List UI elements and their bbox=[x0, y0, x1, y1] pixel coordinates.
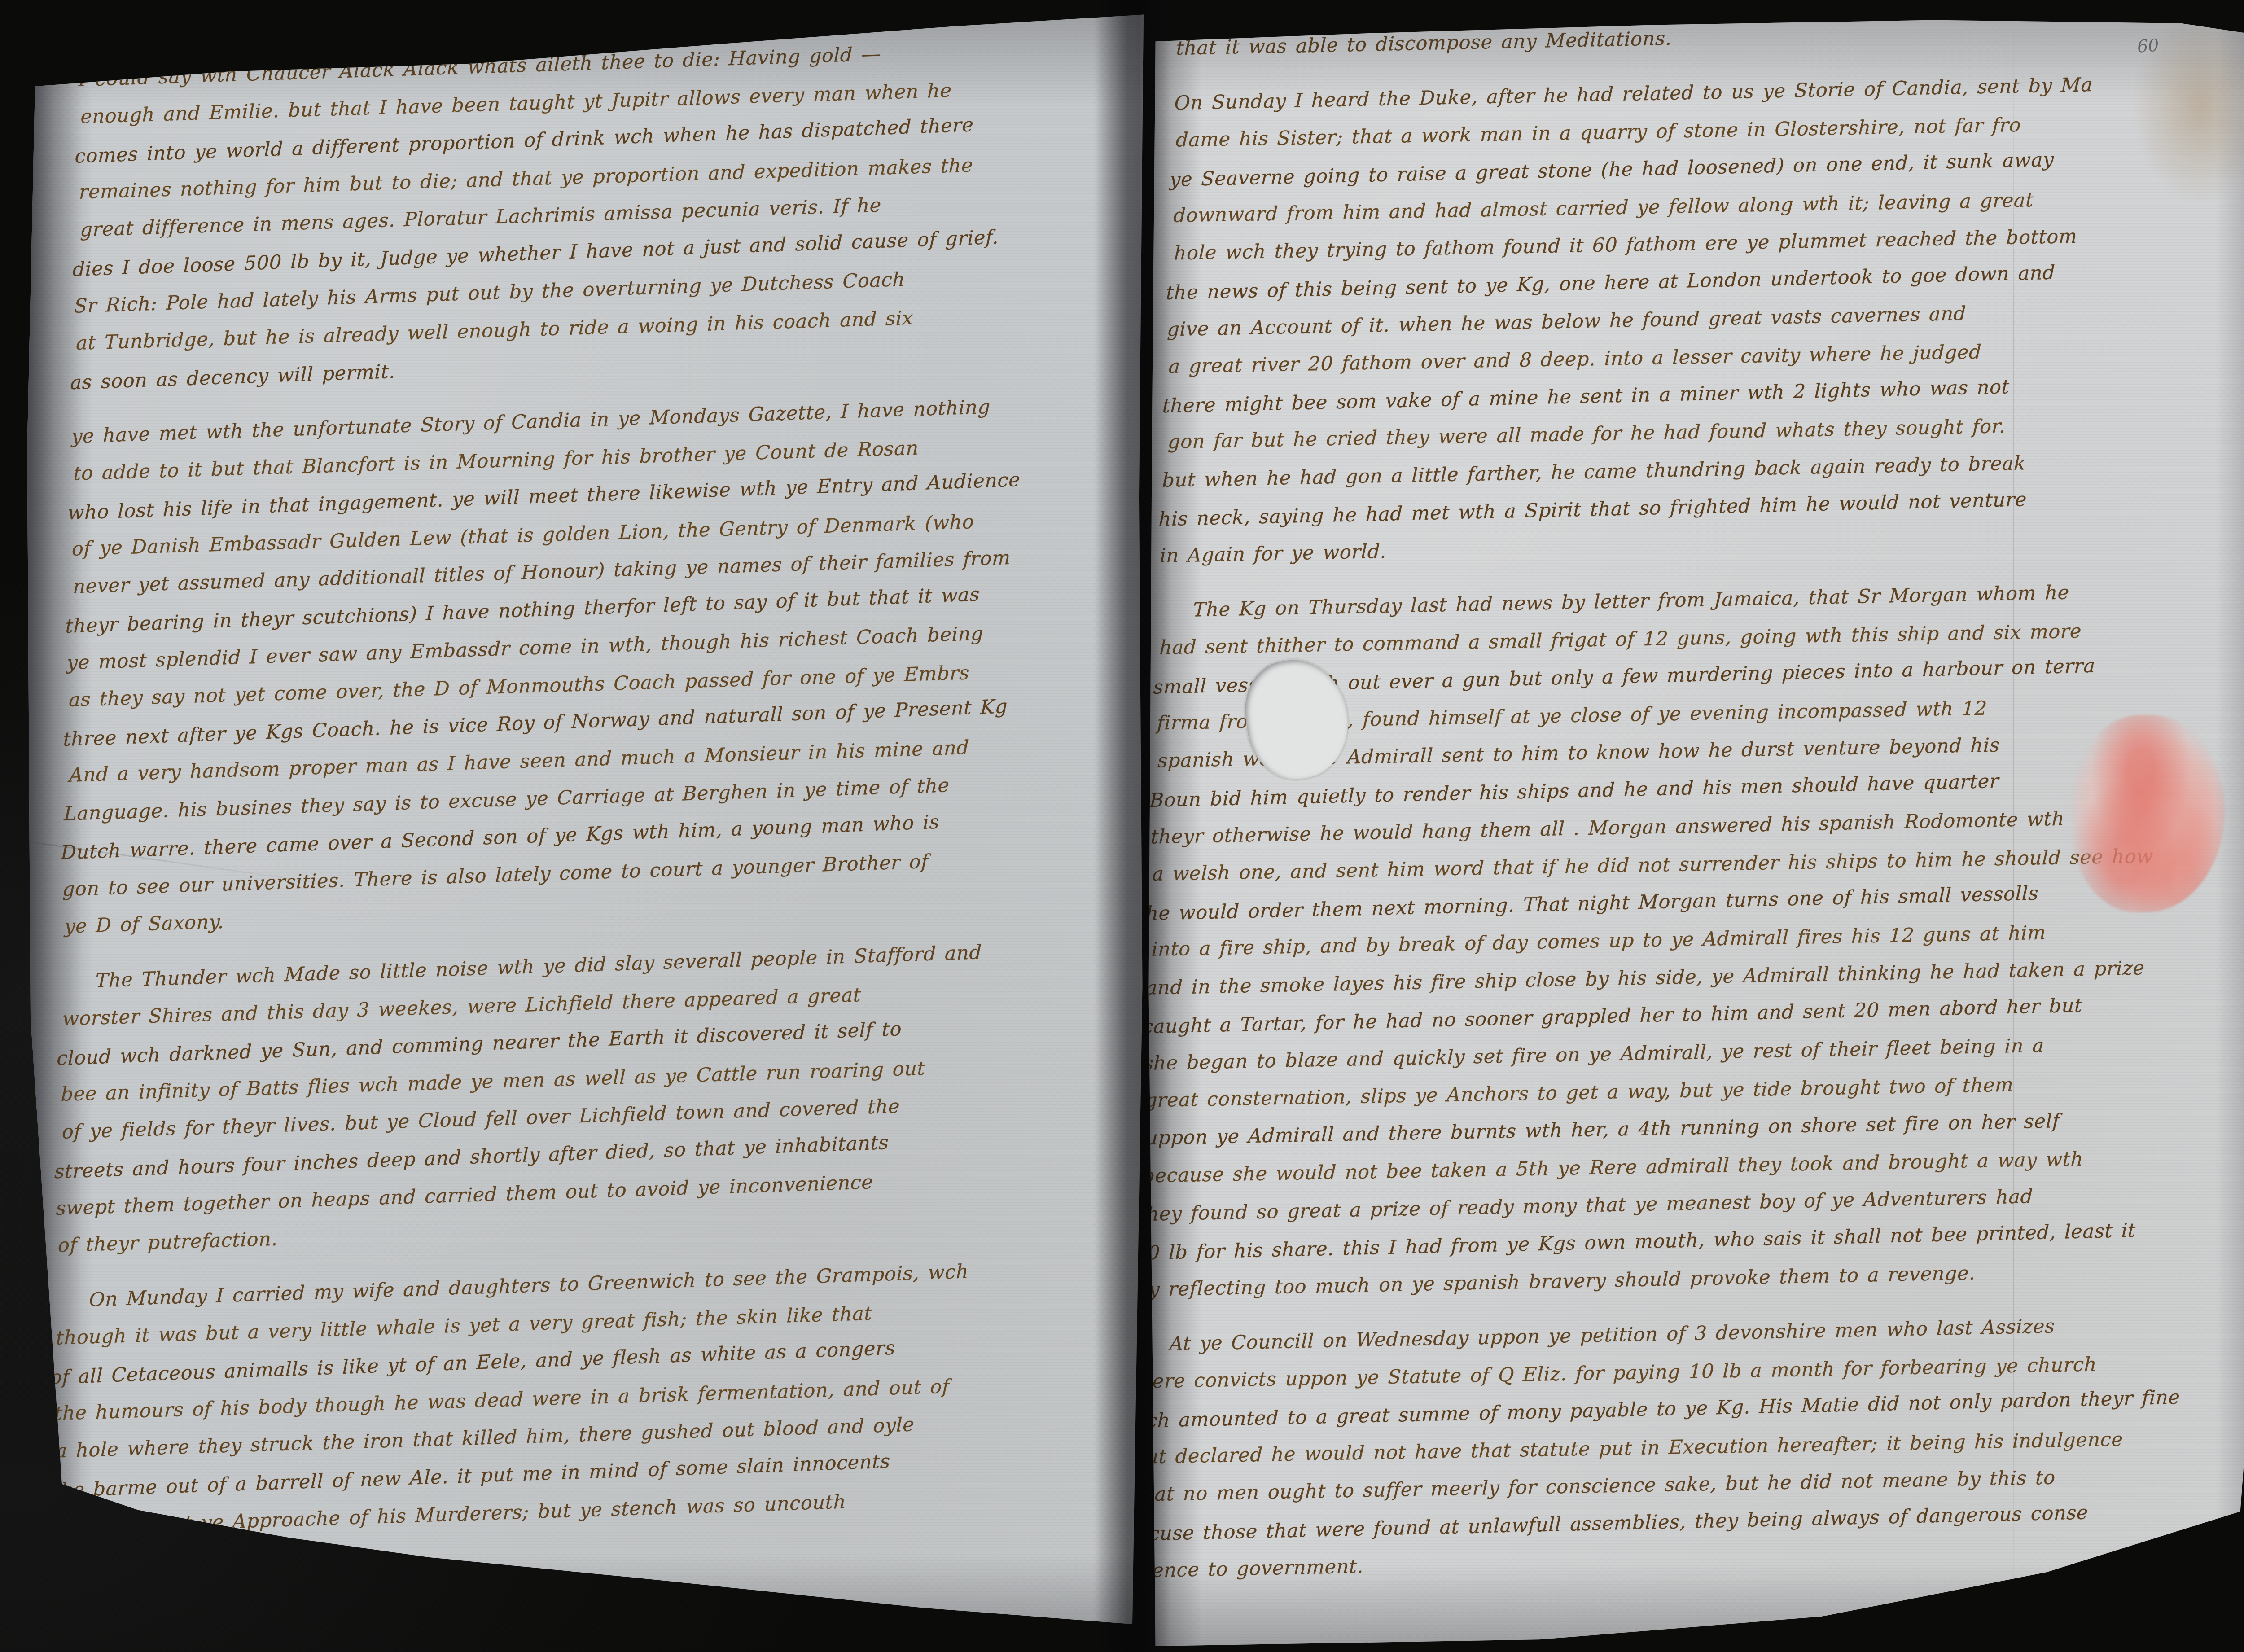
manuscript-photo: I could say wth Chaucer Alack Alack what… bbox=[0, 0, 2244, 1652]
handwritten-text-left: I could say wth Chaucer Alack Alack what… bbox=[49, 27, 1124, 1547]
manuscript-line: that it was able to discompose any Medit… bbox=[1175, 8, 2244, 67]
paragraph: The Thunder wch Made so little noise wth… bbox=[55, 929, 1106, 1265]
manuscript-page-right: 60 that it was able to discompose any Me… bbox=[1145, 4, 2244, 1646]
paragraph: On Sunday I heard the Duke, after he had… bbox=[1159, 63, 2244, 575]
paragraph: ye have met wth the unfortunate Story of… bbox=[61, 384, 1117, 947]
paragraph: At ye Councill on Wednesday uppon ye pet… bbox=[1126, 1304, 2221, 1590]
manuscript-page-left: I could say wth Chaucer Alack Alack what… bbox=[26, 8, 1148, 1637]
paragraph: I could say wth Chaucer Alack Alack what… bbox=[72, 27, 1124, 401]
paragraph: On Munday I carried my wife and daughter… bbox=[49, 1249, 1100, 1547]
paragraph: that it was able to discompose any Medit… bbox=[1175, 8, 2244, 67]
